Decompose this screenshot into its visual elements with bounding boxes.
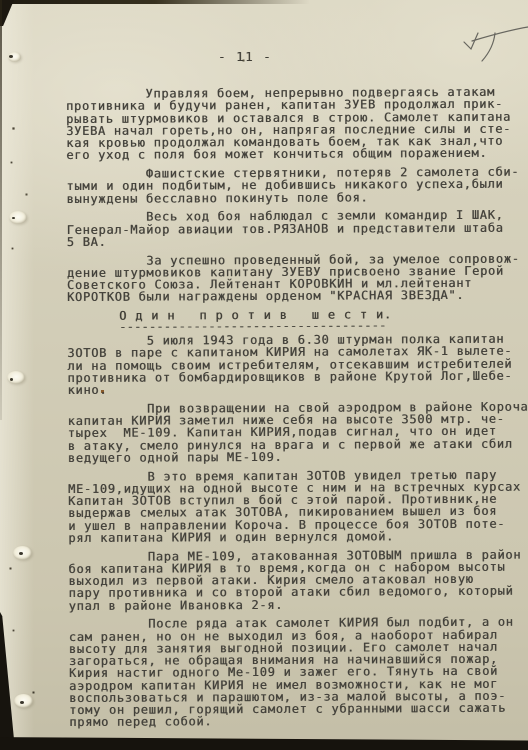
text-line: его уход с поля боя может кончиться общи… [66,147,528,162]
hole-shadow [9,55,13,58]
pencil-annotation-icon [452,18,528,66]
hole-shadow [10,378,13,381]
punch-hole [13,546,32,560]
scanner-corner-top-left [0,0,14,26]
section-heading-underline: ------------------------------------ [119,321,528,331]
text-line: рял капитана КИРИЯ и один вернулся домой… [68,529,528,544]
paragraph: Управляя боем, непрерывно подвергаясь ат… [66,86,528,162]
punch-hole [14,694,33,708]
paragraph: Пара МЕ-109, атакованная ЗОТОВЫМ пришла … [68,548,528,612]
scanner-edge-top [0,0,310,4]
text-line: КОРОТКОВ были награждены орденом "КРАСНА… [67,289,528,304]
hole-shadow [12,217,15,219]
text-line: Генерал-Майор авиации тов.РЯЗАНОВ и пред… [67,221,528,236]
punch-hole [8,52,21,62]
text-line: прямо перед собой. [69,714,528,729]
text-line: противника от бомбардировщиков в районе … [67,369,528,384]
punch-hole [9,211,27,224]
text-line: пару противника и со второй атаки сбил в… [69,585,528,600]
paragraph: В это время капитан ЗОТОВ увидел третью … [68,468,528,544]
paragraph: При возвращении на свой аэродром в район… [68,400,528,464]
page-number: - 11 - [218,49,272,64]
text-line: вынуждены бесславно покинуть поле боя. [67,190,528,205]
paper-specks [0,0,1,1]
document-body: Управляя боем, непрерывно подвергаясь ат… [66,86,528,735]
paragraph: Фашистские стервятники, потеряв 2 самоле… [66,166,528,205]
section-heading: О д и н п р о т и в ш е с т и. ---------… [119,308,528,331]
scanner-edge-bottom [0,736,528,750]
hole-shadow [20,701,24,704]
punch-hole [7,371,25,384]
document-scan: - 11 - Управляя боем, непрерывно подверг… [0,0,528,750]
text-line: ведущего одной пары МЕ-109. [68,449,528,464]
paragraph: Весь ход боя наблюдал с земли командир I… [67,209,528,248]
text-line: в атаку, смело ринулся на врага и с перв… [68,437,528,452]
hole-shadow [19,552,23,555]
scanner-wedge-bottom-left [0,612,15,750]
paragraph: За успешно проведенный бой, за умелое со… [67,252,528,303]
paragraph: После ряда атак самолет КИРИЯ был подбит… [69,616,528,729]
text-line: упал в районе Ивановка 2-я. [69,597,528,612]
scanner-edge-left [0,0,2,420]
paragraph: 5 июля 1943 года в 6.30 штурман полка ка… [67,333,528,397]
